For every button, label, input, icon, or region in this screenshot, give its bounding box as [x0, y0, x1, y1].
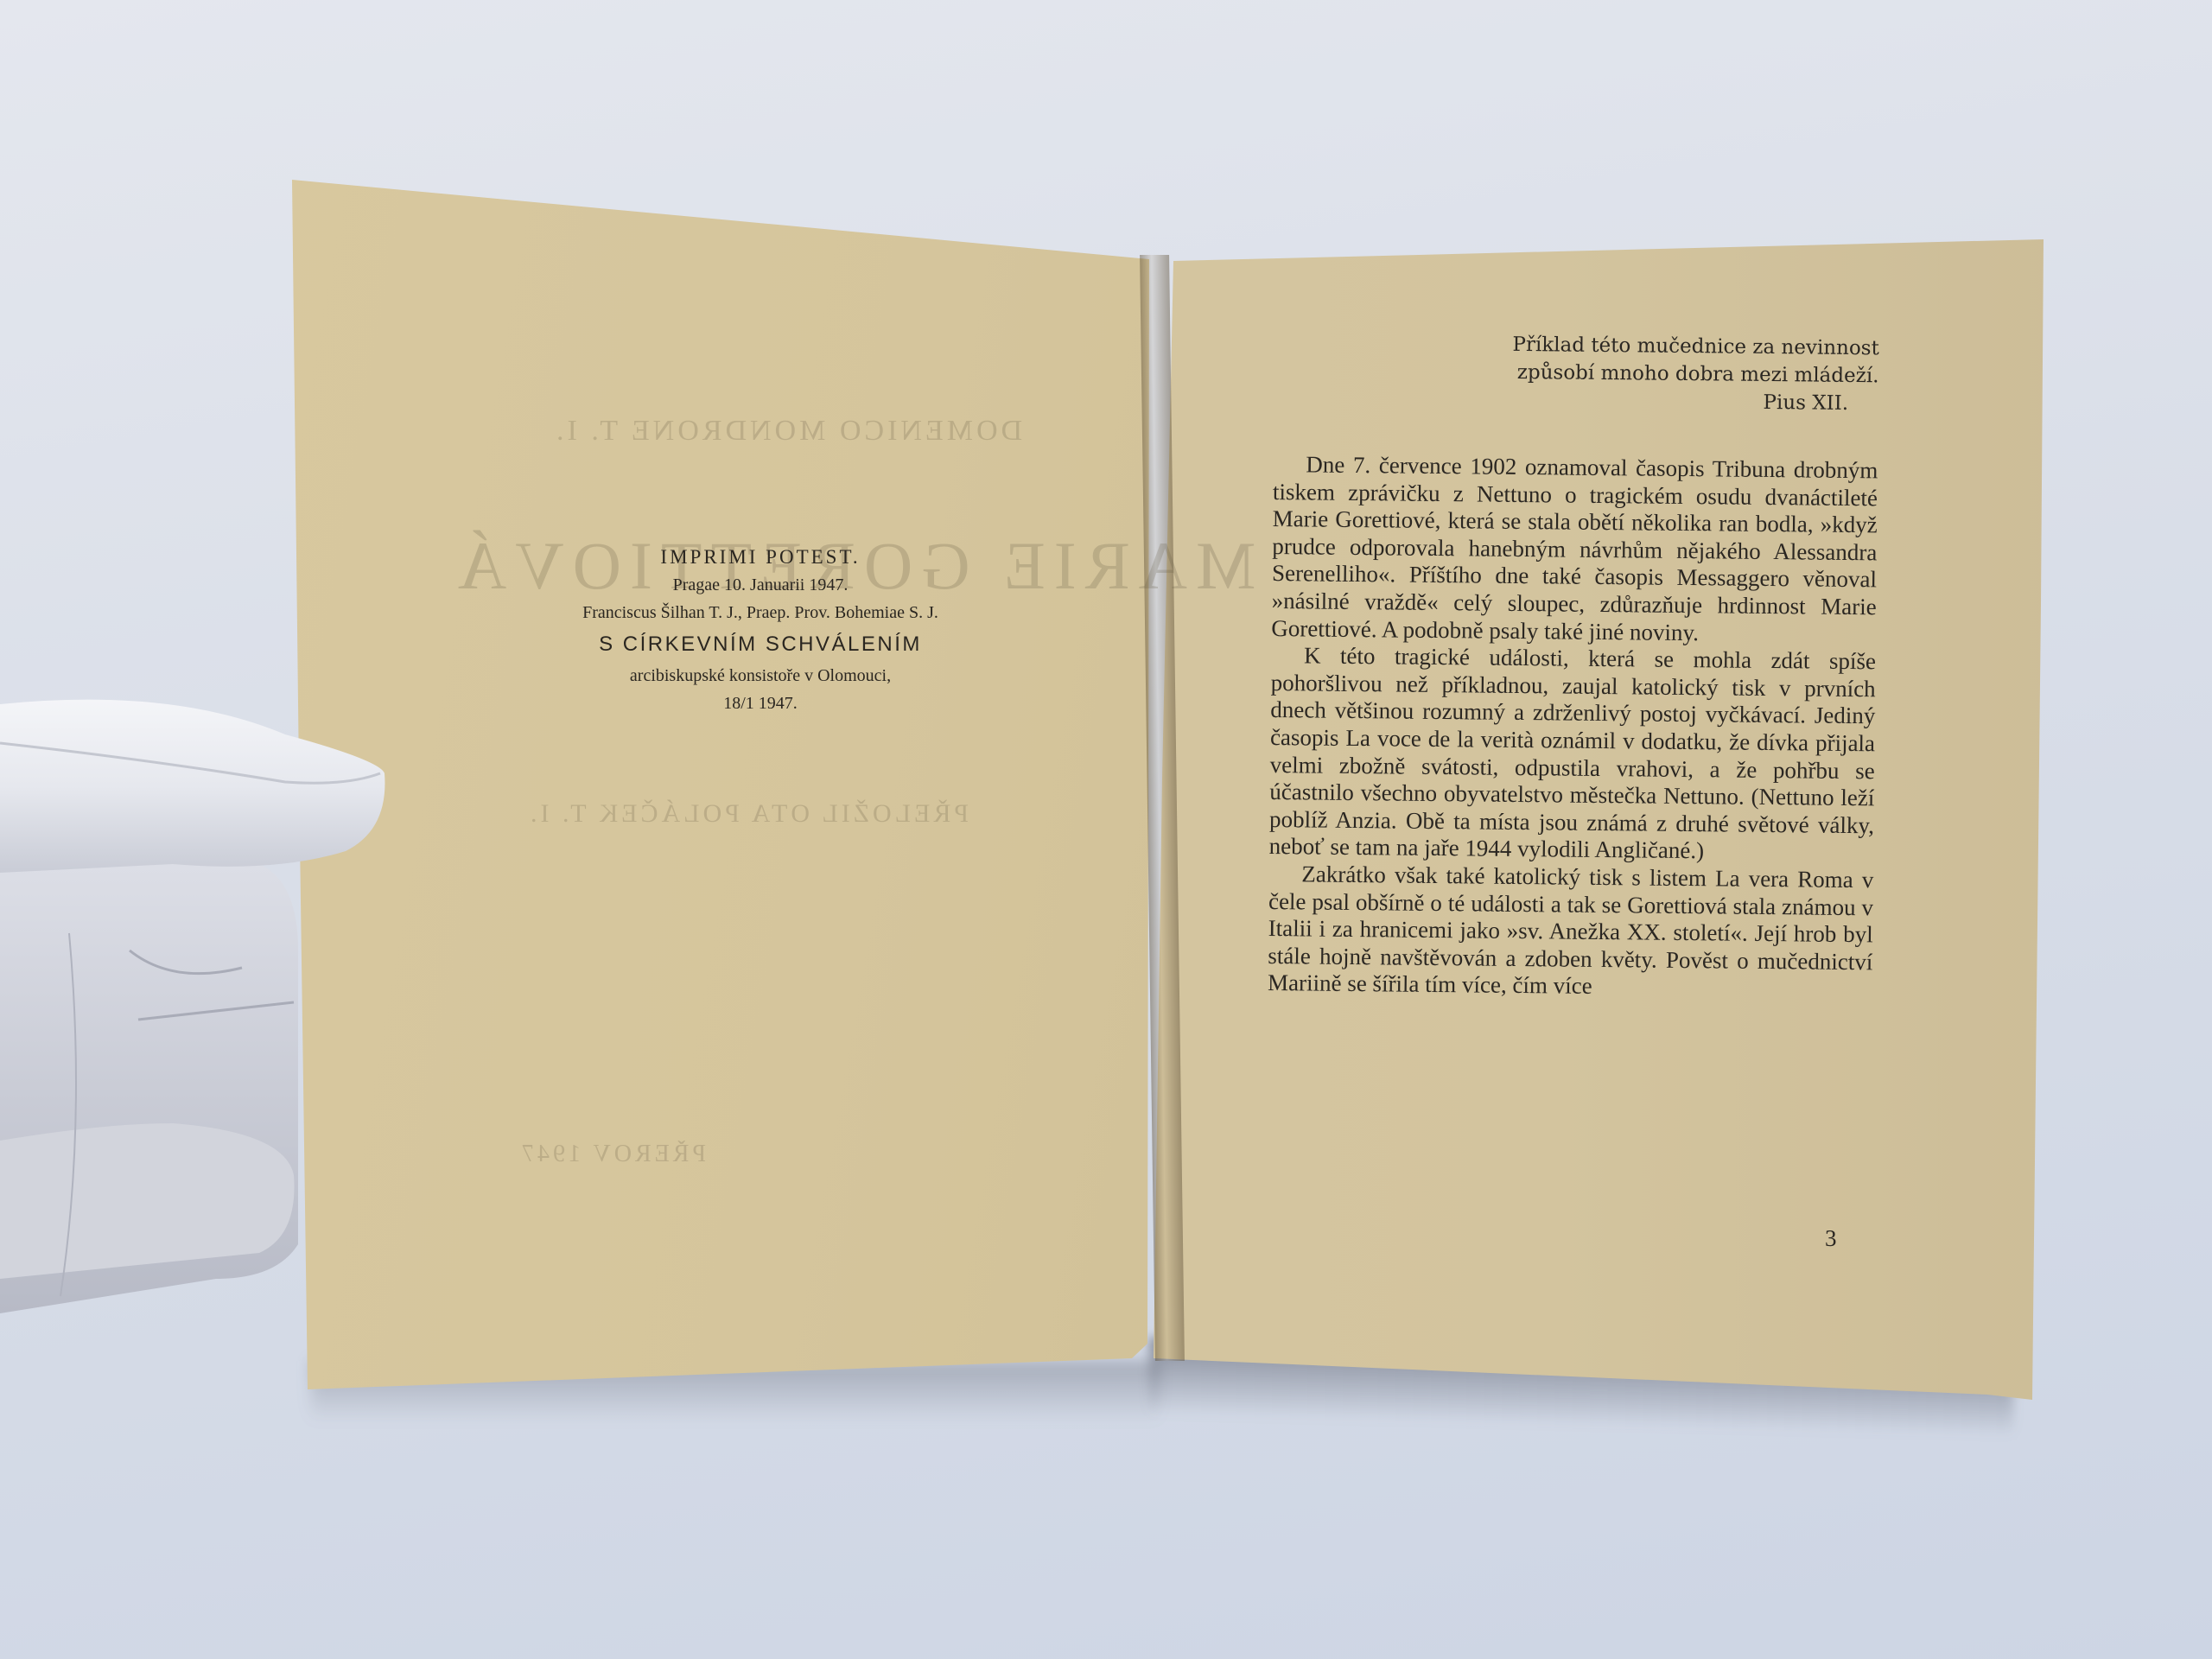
church-approval-body: arcibiskupské konsistoře v Olomouci, — [484, 662, 1037, 690]
imprimi-potest-heading: IMPRIMI POTEST. — [484, 543, 1037, 572]
imprimatur-block: IMPRIMI POTEST. Pragae 10. Januarii 1947… — [484, 543, 1037, 717]
epigraph-author: Pius XII. — [1274, 384, 1878, 417]
paragraph: Zakrátko však také katolický tisk s list… — [1268, 861, 1874, 1003]
right-page-text: Příklad této mučednice za nevinnost způs… — [1268, 328, 1879, 1003]
show-through-translator: PŘELOŽIL OTA POLÁČEK T. I. — [527, 799, 969, 829]
show-through-place: PŘEROV 1947 — [518, 1141, 706, 1168]
body-text: Dne 7. července 1902 oznamoval časopis T… — [1268, 451, 1878, 1003]
church-approval-heading: S CÍRKEVNÍM SCHVÁLENÍM — [484, 627, 1037, 662]
paragraph: Dne 7. července 1902 oznamoval časopis T… — [1271, 451, 1878, 648]
imprimatur-date: Pragae 10. Januarii 1947. — [484, 572, 1037, 598]
page-number: 3 — [1825, 1225, 1837, 1252]
epigraph: Příklad této mučednice za nevinnost způs… — [1274, 328, 1879, 417]
paragraph: K této tragické události, která se mohla… — [1269, 642, 1877, 867]
imprimatur-signatory: Franciscus Šilhan T. J., Praep. Prov. Bo… — [484, 598, 1037, 627]
church-approval-date: 18/1 1947. — [484, 690, 1037, 717]
show-through-author: DOMENICO MONDRONE T. I. — [553, 415, 1022, 448]
